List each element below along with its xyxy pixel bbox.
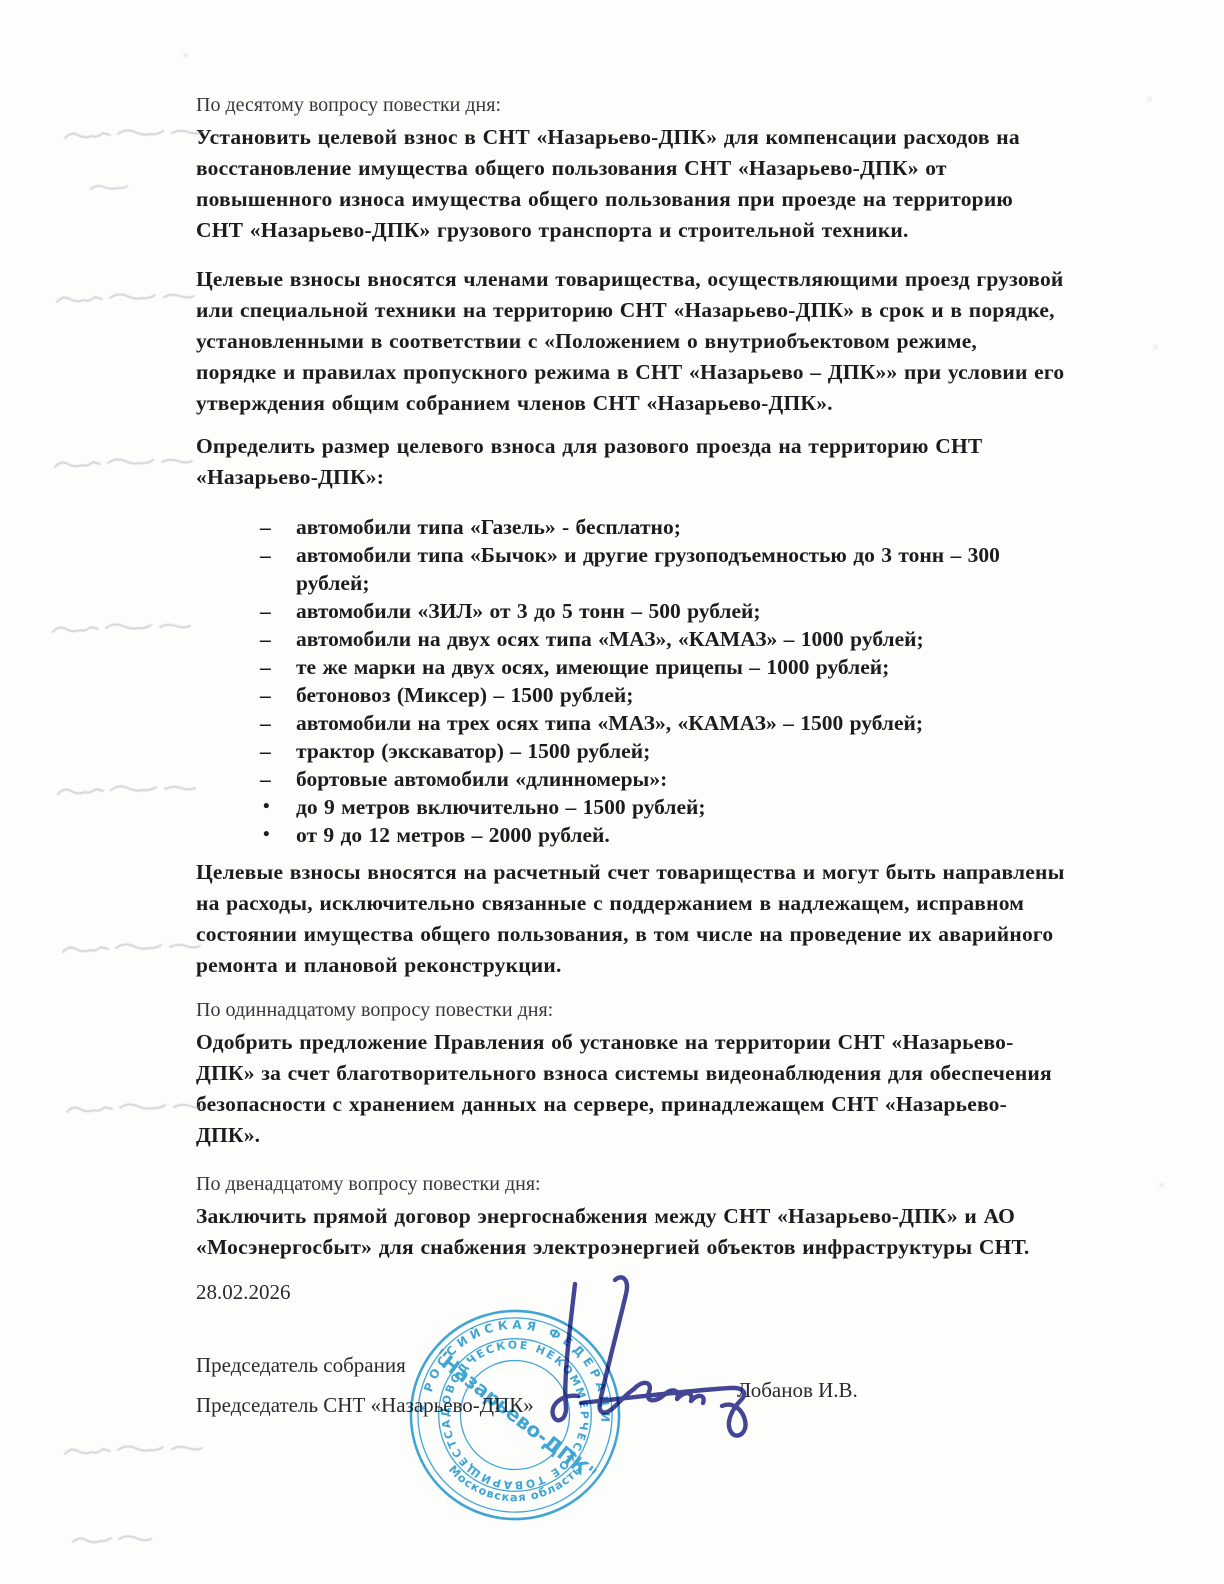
text-line: от 9 до 12 метров – 2000 рублей. [296,821,610,849]
agenda-heading-11: По одиннадцатому вопросу повестки дня: [196,997,1102,1023]
text-line: автомобили на двух осях типа «МАЗ», «КАМ… [296,625,924,653]
text-line: те же марки на двух осях, имеющие прицеп… [296,653,889,681]
list-item: –бетоновоз (Миксер) – 1500 рублей; [196,681,1102,709]
list-item-text: автомобили «ЗИЛ» от 3 до 5 тонн – 500 ру… [296,597,761,625]
list-marker: • [260,821,296,849]
list-item-text: бетоновоз (Миксер) – 1500 рублей; [296,681,633,709]
text-line: повышенного износа имущества общего поль… [196,184,1102,215]
text-line: состоянии имущества общего пользования, … [196,919,1102,950]
text-line: «Назарьево-ДПК»: [196,462,1102,493]
list-marker: – [260,513,296,541]
list-marker: – [260,653,296,681]
section-10: По десятому вопросу повестки дня: Устано… [196,92,1102,981]
list-item-text: те же марки на двух осях, имеющие прицеп… [296,653,889,681]
scan-artifact [62,126,212,144]
text-line: автомобили типа «Бычок» и другие грузопо… [296,541,1000,569]
list-item-text: автомобили на двух осях типа «МАЗ», «КАМ… [296,625,924,653]
text-line: до 9 метров включительно – 1500 рублей; [296,793,706,821]
text-line: утверждения общим собранием членов СНТ «… [196,388,1102,419]
list-item: –автомобили типа «Бычок» и другие грузоп… [196,541,1102,597]
scan-artifact [64,1100,214,1118]
signer-name: Лобанов И.В. [737,1378,858,1403]
text-line: Установить целевой взнос в СНТ «Назарьев… [196,122,1102,153]
agenda-heading-10: По десятому вопросу повестки дня: [196,92,1102,118]
scan-speck: × [1152,340,1159,355]
text-line: трактор (экскаватор) – 1500 рублей; [296,737,650,765]
scan-artifact [54,290,204,308]
resolution-10-text: Установить целевой взнос в СНТ «Назарьев… [196,122,1102,246]
scan-artifact [50,620,200,638]
text-line: бортовые автомобили «длинномеры»: [296,765,667,793]
text-line: Заключить прямой договор энергоснабжения… [196,1201,1102,1232]
text-line: ДПК» за счет благотворительного взноса с… [196,1058,1102,1089]
text-line: автомобили на трех осях типа «МАЗ», «КАМ… [296,709,923,737]
scan-artifact [52,455,202,473]
text-line: Определить размер целевого взноса для ра… [196,431,1102,462]
list-marker: – [260,625,296,653]
tariff-bullet-list: •до 9 метров включительно – 1500 рублей;… [196,793,1102,849]
text-line: «Мосэнергосбыт» для снабжения электроэне… [196,1232,1102,1263]
list-item: •до 9 метров включительно – 1500 рублей; [196,793,1102,821]
usage-10-text: Целевые взносы вносятся на расчетный сче… [196,857,1102,981]
list-item-text: до 9 метров включительно – 1500 рублей; [296,793,706,821]
list-item-text: трактор (экскаватор) – 1500 рублей; [296,737,650,765]
list-item: –автомобили на двух осях типа «МАЗ», «КА… [196,625,1102,653]
scan-artifact [70,1532,180,1548]
text-line: Одобрить предложение Правления об устано… [196,1027,1102,1058]
list-item: –автомобили типа «Газель» - бесплатно; [196,513,1102,541]
text-line: Целевые взносы вносятся членами товарище… [196,264,1102,295]
list-marker: – [260,765,296,793]
resolution-12-text: Заключить прямой договор энергоснабжения… [196,1201,1102,1263]
agenda-heading-12: По двенадцатому вопросу повестки дня: [196,1171,1102,1197]
section-12: По двенадцатому вопросу повестки дня: За… [196,1171,1102,1263]
tariff-intro-text: Определить размер целевого взноса для ра… [196,431,1102,493]
resolution-11-text: Одобрить предложение Правления об устано… [196,1027,1102,1151]
scan-speck: × [182,48,189,63]
list-item-text: автомобили типа «Бычок» и другие грузопо… [296,541,1000,597]
scan-artifact [55,782,205,800]
list-item-text: автомобили типа «Газель» - бесплатно; [296,513,681,541]
text-line: установленными в соответствии с «Положен… [196,326,1102,357]
list-item-text: бортовые автомобили «длинномеры»: [296,765,667,793]
list-item: –трактор (экскаватор) – 1500 рублей; [196,737,1102,765]
scan-artifact [60,940,210,958]
list-item: •от 9 до 12 метров – 2000 рублей. [196,821,1102,849]
text-line: бетоновоз (Миксер) – 1500 рублей; [296,681,633,709]
list-item-text: автомобили на трех осях типа «МАЗ», «КАМ… [296,709,923,737]
signature-stroke [553,1284,578,1420]
text-line: на расходы, исключительно связанные с по… [196,888,1102,919]
section-11: По одиннадцатому вопросу повестки дня: О… [196,997,1102,1151]
list-item: –бортовые автомобили «длинномеры»: [196,765,1102,793]
list-marker: • [260,793,296,821]
text-line: ДПК». [196,1120,1102,1151]
text-line: или специальной техники на территорию СН… [196,295,1102,326]
list-marker: – [260,709,296,737]
signature-stroke [600,1277,634,1412]
scan-speck: × [1158,1178,1165,1193]
text-line: ремонта и плановой реконструкции. [196,950,1102,981]
list-item: –те же марки на двух осях, имеющие прице… [196,653,1102,681]
list-marker: – [260,541,296,597]
signature-ink [545,1272,760,1450]
list-item: –автомобили на трех осях типа «МАЗ», «КА… [196,709,1102,737]
list-item-text: от 9 до 12 метров – 2000 рублей. [296,821,610,849]
procedure-10-text: Целевые взносы вносятся членами товарище… [196,264,1102,419]
scan-artifact [88,182,130,194]
text-line: рублей; [296,569,1000,597]
text-line: СНТ «Назарьево-ДПК» грузового транспорта… [196,215,1102,246]
text-line: Целевые взносы вносятся на расчетный сче… [196,857,1102,888]
text-line: безопасности с хранением данных на серве… [196,1089,1102,1120]
text-line: автомобили типа «Газель» - бесплатно; [296,513,681,541]
tariff-dash-list: –автомобили типа «Газель» - бесплатно;–а… [196,513,1102,793]
scan-artifact [62,1442,212,1460]
scan-speck: × [1146,92,1153,107]
document-body: По десятому вопросу повестки дня: Устано… [196,92,1102,1425]
list-marker: – [260,681,296,709]
text-line: восстановление имущества общего пользова… [196,153,1102,184]
list-marker: – [260,597,296,625]
list-marker: – [260,737,296,765]
list-item: –автомобили «ЗИЛ» от 3 до 5 тонн – 500 р… [196,597,1102,625]
text-line: автомобили «ЗИЛ» от 3 до 5 тонн – 500 ру… [296,597,761,625]
text-line: порядке и правилах пропускного режима в … [196,357,1102,388]
document-page: По десятому вопросу повестки дня: Устано… [0,0,1224,1584]
